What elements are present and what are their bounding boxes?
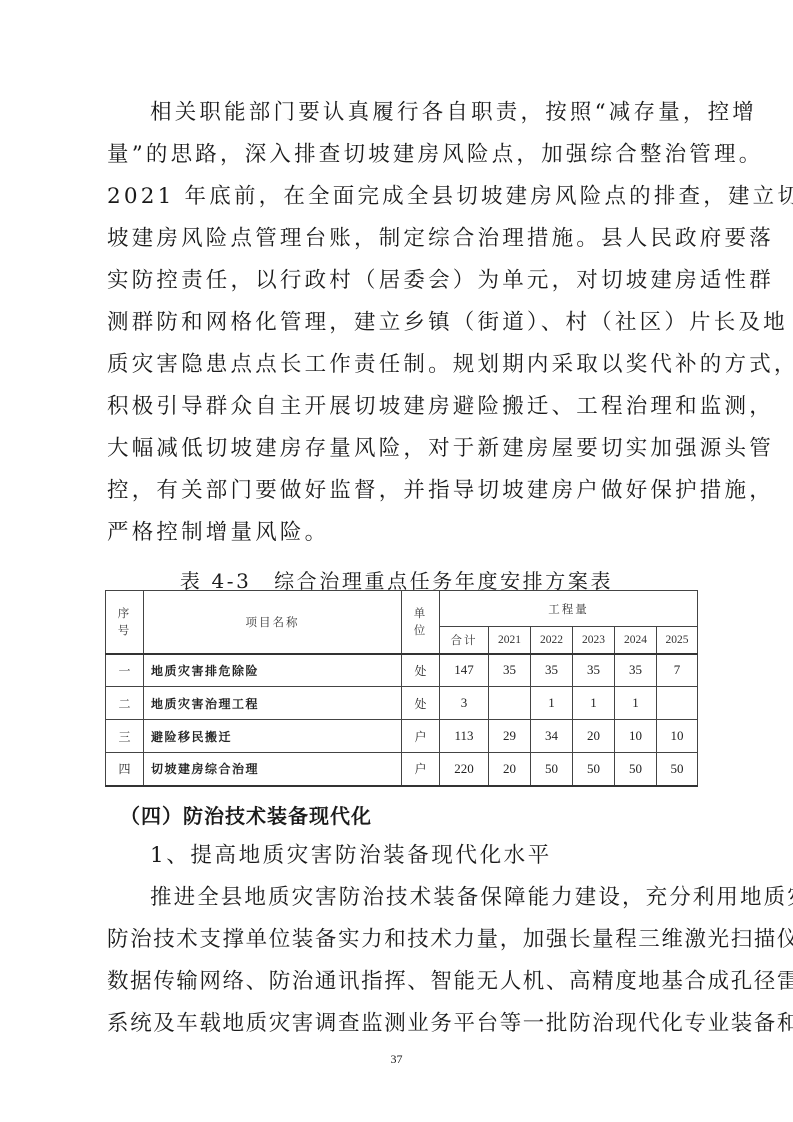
header-year: 2024	[615, 627, 657, 654]
row-value: 20	[573, 720, 615, 753]
text-line: 实防控责任，以行政村（居委会）为单元，对切坡建房适性群	[107, 270, 697, 292]
page-number: 37	[0, 1052, 793, 1067]
text-line: 控，有关部门要做好监督，并指导切坡建房户做好保护措施，	[107, 480, 697, 502]
row-value: 35	[489, 654, 531, 687]
row-total: 3	[440, 687, 489, 720]
table-row: 二 地质灾害治理工程 处 3 1 1 1	[106, 687, 698, 720]
row-unit: 处	[402, 654, 440, 687]
row-value: 10	[657, 720, 698, 753]
row-value: 50	[657, 753, 698, 786]
row-unit: 处	[402, 687, 440, 720]
header-unit-top: 单	[414, 606, 428, 620]
text-line: 坡建房风险点管理台账，制定综合治理措施。县人民政府要落	[107, 228, 697, 250]
table-row: 一 地质灾害排危除险 处 147 35 35 35 35 7	[106, 654, 698, 687]
text-line: 推进全县地质灾害防治技术装备保障能力建设，充分利用地质灾害	[150, 887, 697, 909]
table-row: 四 切坡建房综合治理 户 220 20 50 50 50 50	[106, 753, 698, 786]
row-value: 50	[615, 753, 657, 786]
row-unit: 户	[402, 720, 440, 753]
text-line: 积极引导群众自主开展切坡建房避险搬迁、工程治理和监测，	[107, 396, 697, 418]
header-index: 序 号	[106, 591, 144, 654]
header-year: 2025	[657, 627, 698, 654]
row-index: 四	[106, 753, 144, 786]
row-total: 147	[440, 654, 489, 687]
header-index-top: 序	[118, 606, 132, 620]
text-line: 质灾害隐患点点长工作责任制。规划期内采取以奖代补的方式，	[107, 354, 697, 376]
header-index-bottom: 号	[118, 623, 132, 637]
text-line: 数据传输网络、防治通讯指挥、智能无人机、高精度地基合成孔径雷达	[107, 971, 697, 993]
row-value: 1	[573, 687, 615, 720]
header-year: 2021	[489, 627, 531, 654]
header-total: 合计	[440, 627, 489, 654]
text-line: 量”的思路，深入排查切坡建房风险点，加强综合整治管理。	[107, 144, 697, 166]
text-line: 测群防和网格化管理，建立乡镇（街道）、村（社区）片长及地	[107, 312, 697, 334]
row-index: 三	[106, 720, 144, 753]
section-heading: （四）防治技术装备现代化	[120, 800, 372, 829]
row-value	[489, 687, 531, 720]
row-value: 20	[489, 753, 531, 786]
text-line: 防治技术支撑单位装备实力和技术力量，加强长量程三维激光扫描仪、	[107, 929, 697, 951]
header-unit: 单 位	[402, 591, 440, 654]
row-unit: 户	[402, 753, 440, 786]
text-line: 2021 年底前，在全面完成全县切坡建房风险点的排查，建立切	[107, 186, 697, 208]
row-name: 地质灾害排危除险	[144, 654, 402, 687]
row-name: 避险移民搬迁	[144, 720, 402, 753]
text-line: 相关职能部门要认真履行各自职责，按照“减存量，控增	[150, 102, 697, 124]
header-year: 2023	[573, 627, 615, 654]
row-value	[657, 687, 698, 720]
row-value: 1	[615, 687, 657, 720]
row-value: 34	[531, 720, 573, 753]
row-index: 一	[106, 654, 144, 687]
text-line: 严格控制增量风险。	[107, 522, 697, 544]
row-total: 113	[440, 720, 489, 753]
header-year: 2022	[531, 627, 573, 654]
row-total: 220	[440, 753, 489, 786]
text-line: 大幅减低切坡建房存量风险，对于新建房屋要切实加强源头管	[107, 438, 697, 460]
row-value: 7	[657, 654, 698, 687]
row-value: 50	[531, 753, 573, 786]
row-value: 35	[573, 654, 615, 687]
row-index: 二	[106, 687, 144, 720]
table-row: 三 避险移民搬迁 户 113 29 34 20 10 10	[106, 720, 698, 753]
row-value: 35	[615, 654, 657, 687]
row-name: 切坡建房综合治理	[144, 753, 402, 786]
header-name: 项目名称	[144, 591, 402, 654]
row-value: 50	[573, 753, 615, 786]
row-value: 10	[615, 720, 657, 753]
row-name: 地质灾害治理工程	[144, 687, 402, 720]
subheading: 1、提高地质灾害防治装备现代化水平	[150, 845, 697, 867]
task-schedule-table: 序 号 项目名称 单 位 工程量 合计 2021 2022 2023 2024 …	[105, 590, 698, 787]
header-unit-bottom: 位	[414, 623, 428, 637]
text-line: 系统及车载地质灾害调查监测业务平台等一批防治现代化专业装备和	[107, 1013, 697, 1035]
row-value: 1	[531, 687, 573, 720]
header-quantity: 工程量	[440, 591, 698, 627]
row-value: 35	[531, 654, 573, 687]
row-value: 29	[489, 720, 531, 753]
